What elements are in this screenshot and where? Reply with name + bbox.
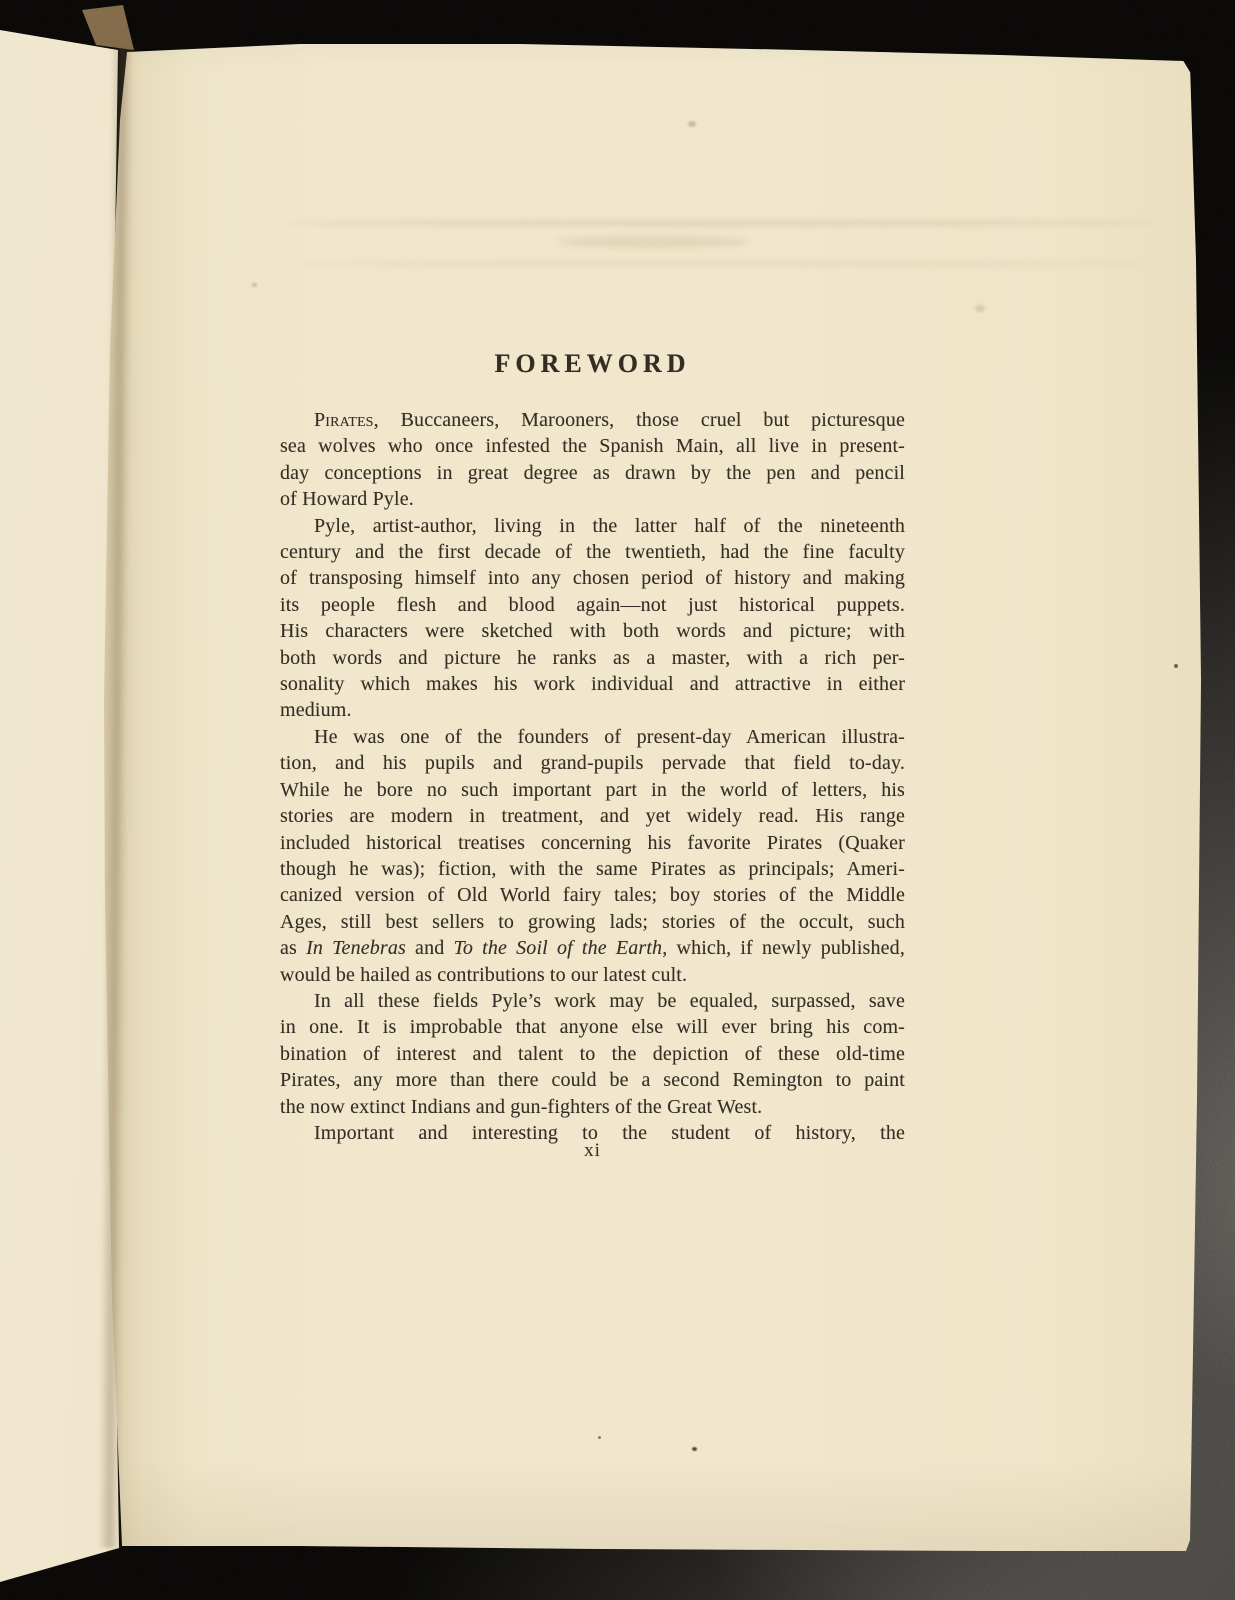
paper-speck	[975, 305, 985, 312]
text-line: In all these fields Pyle’s work may be e…	[280, 988, 905, 1014]
text-line: included historical treatises concerning…	[280, 830, 905, 856]
text-segment: Buccaneers, Marooners, those cruel but p…	[379, 409, 905, 431]
text-line: Ages, still best sellers to growing lads…	[280, 909, 905, 935]
text-line: as In Tenebras and To the Soil of the Ea…	[280, 935, 905, 961]
text-line: its people flesh and blood again—not jus…	[280, 592, 905, 618]
small-caps-lead: Pirates,	[314, 409, 379, 431]
text-line: Pirates, any more than there could be a …	[280, 1067, 905, 1093]
paper-speck	[1174, 664, 1178, 668]
text-line: His characters were sketched with both w…	[280, 618, 905, 644]
text-line: medium.	[280, 697, 905, 723]
paper-speck	[598, 1436, 601, 1439]
italic-title: To the Soil of the Earth	[453, 937, 662, 959]
text-line: tion, and his pupils and grand-pupils pe…	[280, 750, 905, 776]
text-line: While he bore no such important part in …	[280, 777, 905, 803]
text-line: He was one of the founders of present-da…	[280, 724, 905, 750]
book-page: FOREWORD Pirates, Buccaneers, Marooners,…	[0, 0, 1235, 1600]
paper-speck	[252, 283, 257, 287]
text-line: both words and picture he ranks as a mas…	[280, 645, 905, 671]
text-line: though he was); fiction, with the same P…	[280, 856, 905, 882]
show-through-mark	[556, 236, 751, 248]
text-segment: , which, if newly published,	[662, 937, 905, 959]
text-line: century and the first decade of the twen…	[280, 539, 905, 565]
text-segment: and	[406, 937, 454, 959]
text-line: day conceptions in great degree as drawn…	[280, 460, 905, 486]
text-line: sonality which makes his work individual…	[280, 671, 905, 697]
paper-speck	[692, 1447, 697, 1451]
text-line: canized version of Old World fairy tales…	[280, 882, 905, 908]
text-line: Pirates, Buccaneers, Marooners, those cr…	[280, 407, 905, 433]
page-title: FOREWORD	[280, 349, 905, 379]
text-line: stories are modern in treatment, and yet…	[280, 803, 905, 829]
text-line: Pyle, artist-author, living in the latte…	[280, 513, 905, 539]
page-number: xi	[280, 1140, 905, 1162]
photo-background: FOREWORD Pirates, Buccaneers, Marooners,…	[0, 0, 1235, 1600]
show-through-mark	[300, 261, 1145, 266]
foreword-text: Pirates, Buccaneers, Marooners, those cr…	[280, 407, 905, 1146]
text-line: sea wolves who once infested the Spanish…	[280, 433, 905, 459]
italic-title: In Tenebras	[306, 937, 406, 959]
text-segment: as	[280, 937, 306, 959]
show-through-mark	[286, 220, 1158, 226]
text-line: the now extinct Indians and gun-fighters…	[280, 1094, 905, 1120]
text-line: of Howard Pyle.	[280, 486, 905, 512]
text-line: of transposing himself into any chosen p…	[280, 565, 905, 591]
text-line: in one. It is improbable that anyone els…	[280, 1014, 905, 1040]
text-line: would be hailed as contributions to our …	[280, 962, 905, 988]
text-line: bination of interest and talent to the d…	[280, 1041, 905, 1067]
paper-speck	[688, 121, 696, 127]
